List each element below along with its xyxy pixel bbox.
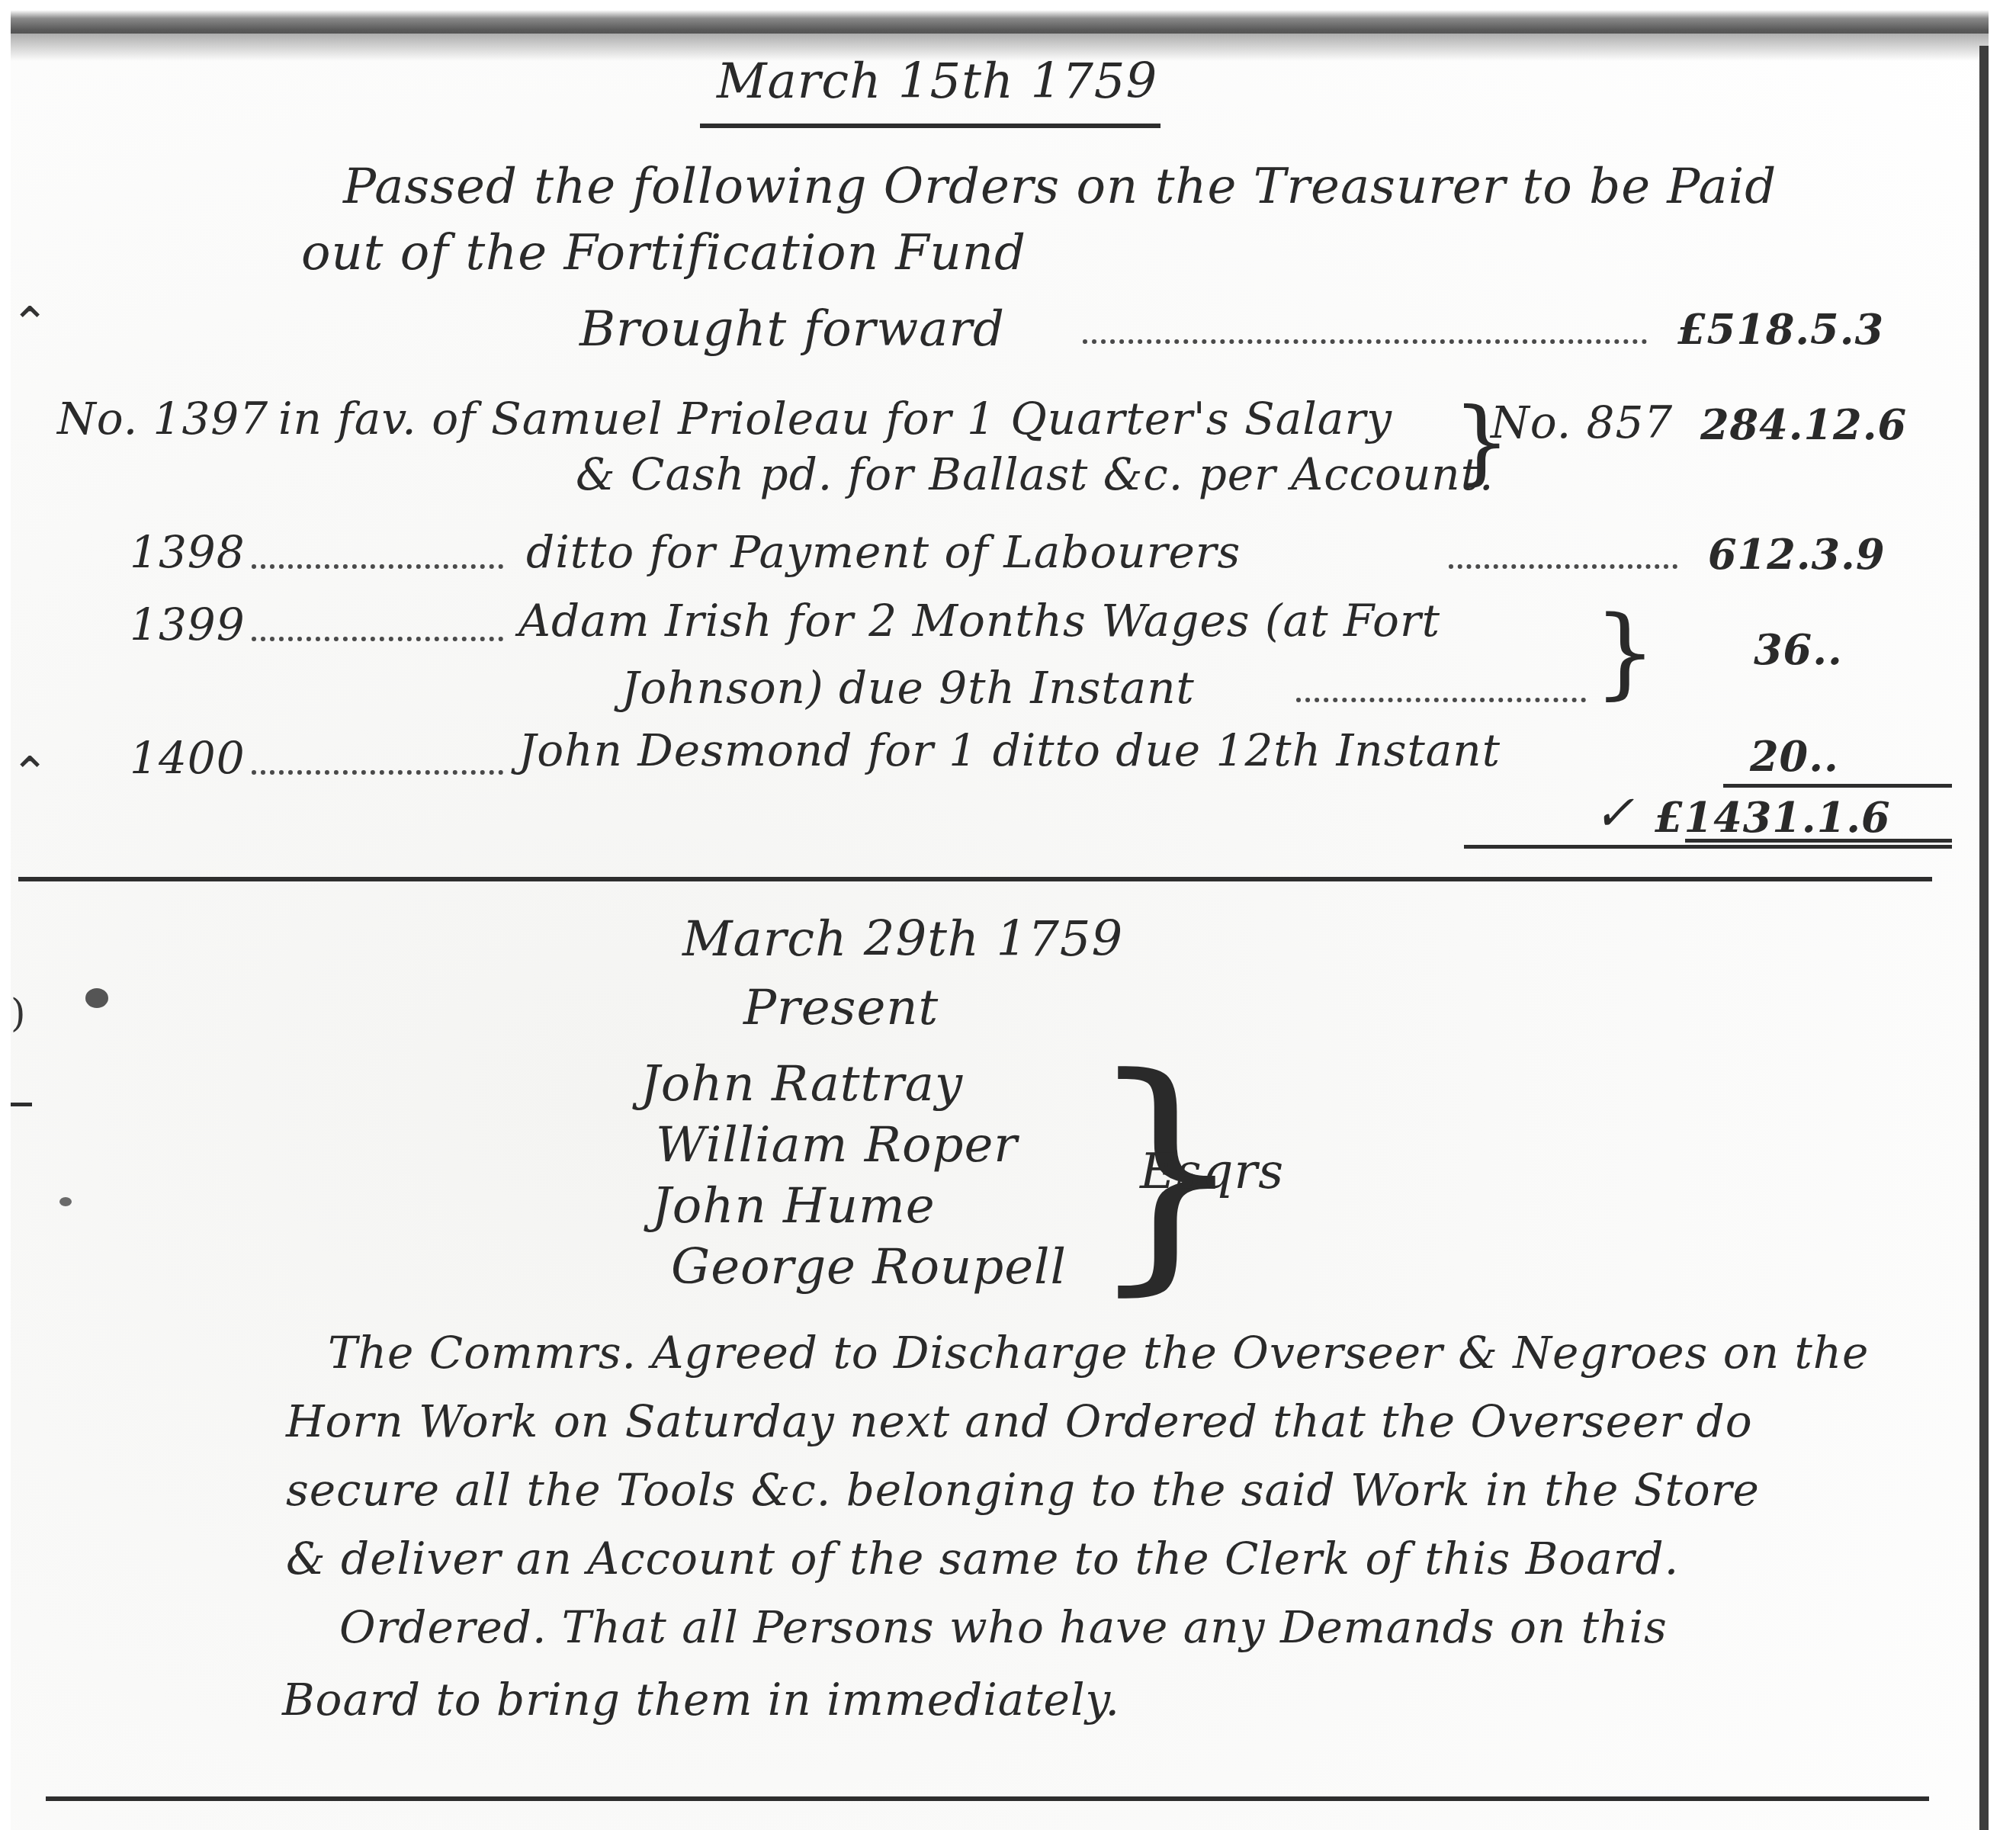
intro-line-2: out of the Fortification Fund <box>301 225 1026 281</box>
member-name: William Roper <box>656 1117 1018 1173</box>
order-amount: 612.3.9 <box>1708 530 1885 579</box>
order-amount: 284.12.6 <box>1700 400 1907 449</box>
sum-rule <box>1723 784 1952 788</box>
order-number: 1399 <box>130 599 246 650</box>
member-name: George Roupell <box>671 1239 1067 1295</box>
order-line-1: John Desmond for 1 ditto due 12th Instan… <box>518 724 1501 776</box>
total-double-underline <box>1685 839 1952 843</box>
brought-forward-amount: £518.5.3 <box>1677 305 1884 354</box>
leader-dots <box>252 770 503 775</box>
order-line-1: ditto for Payment of Labourers <box>526 526 1241 578</box>
leader-dots <box>1296 698 1586 702</box>
section1-date-heading: March 15th 1759 <box>717 53 1157 110</box>
date-heading-underline <box>700 124 1160 128</box>
order-number: 1398 <box>130 526 246 578</box>
scan-top-edge-shadow <box>11 0 2001 34</box>
paragraph2-line: Board to bring them in immediately. <box>282 1674 1120 1726</box>
member-name: John Hume <box>652 1178 936 1234</box>
checkmark-icon: ✓ <box>1594 785 1636 842</box>
margin-tick <box>11 1103 32 1106</box>
order-line-1: Adam Irish for 2 Months Wages (at Fort <box>518 595 1440 647</box>
leader-dots <box>252 564 503 569</box>
paragraph2-line: Ordered. That all Persons who have any D… <box>339 1601 1668 1653</box>
total-amount: £1431.1.6 <box>1655 793 1891 842</box>
intro-line-1: Passed the following Orders on the Treas… <box>343 159 1777 215</box>
total-double-underline <box>1464 845 1952 849</box>
order-number: No. 1397 <box>57 393 268 445</box>
order-amount: 20.. <box>1750 732 1839 781</box>
members-suffix: Esqrs <box>1140 1144 1284 1200</box>
paragraph1-line: secure all the Tools &c. belonging to th… <box>286 1464 1760 1516</box>
ink-spot <box>59 1197 72 1206</box>
leader-dots <box>1449 564 1677 569</box>
member-name: John Rattray <box>640 1056 963 1112</box>
paragraph1-line: Horn Work on Saturday next and Ordered t… <box>286 1395 1753 1447</box>
order-line-2: Johnson) due 9th Instant <box>621 662 1195 714</box>
section2-date-heading: March 29th 1759 <box>682 911 1123 968</box>
page-right-border-line <box>1979 46 1989 1830</box>
paragraph1-line: & deliver an Account of the same to the … <box>286 1533 1679 1584</box>
brace-icon: } <box>1594 602 1657 701</box>
order-reference: No. 857 <box>1491 396 1673 448</box>
order-amount: 36.. <box>1754 625 1843 674</box>
order-line-2: & Cash pd. for Ballast &c. per Account. <box>576 448 1494 500</box>
brought-forward-label: Brought forward <box>579 301 1005 358</box>
section-separator <box>18 877 1932 881</box>
margin-mark: ) <box>11 991 26 1035</box>
leader-dots <box>252 637 503 641</box>
paragraph1-line: The Commrs. Agreed to Discharge the Over… <box>328 1327 1869 1379</box>
ink-blot <box>85 988 108 1008</box>
scan-right-margin <box>1989 0 2016 1830</box>
bottom-rule <box>46 1796 1929 1801</box>
leader-dots <box>1083 339 1647 344</box>
margin-mark: ⌃ <box>11 747 49 801</box>
order-number: 1400 <box>130 732 246 784</box>
present-label: Present <box>743 980 939 1036</box>
margin-mark: ⌃ <box>11 297 49 351</box>
order-line-1: in fav. of Samuel Prioleau for 1 Quarter… <box>278 393 1392 445</box>
